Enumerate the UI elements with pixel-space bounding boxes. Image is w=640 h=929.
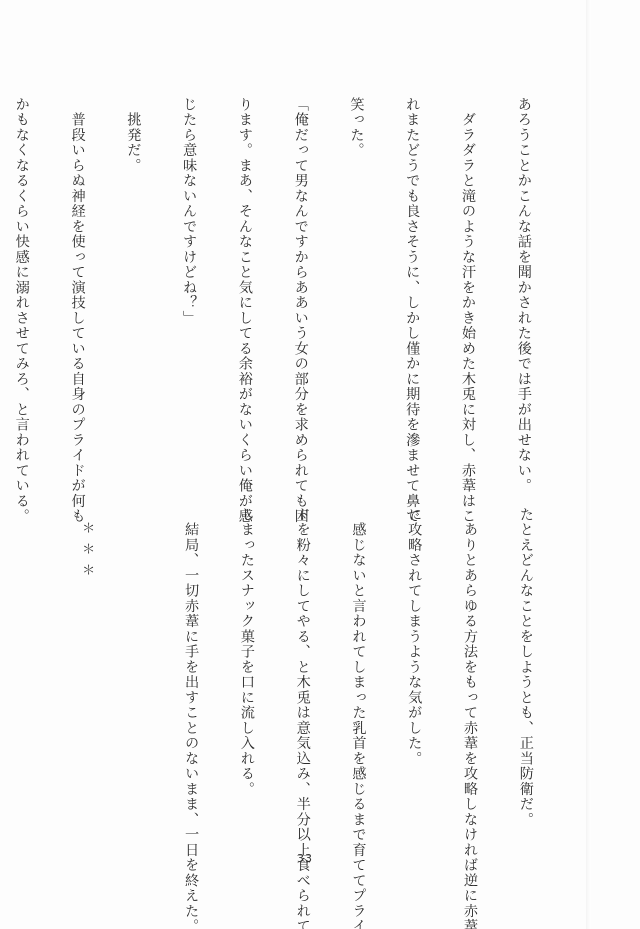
text-line: に攻略されてしまうような気がした。 [405,507,424,852]
text-line: かもなくなるくらい快感に溺れさせてみろ、と言われている。 [12,97,31,477]
text-line: 普段いらぬ神経を使って演技している自身のプライドが何も [68,97,87,477]
page-binding-shadow [586,0,591,929]
text-line: 感じないと言われてしまった乳首を感じるまで育ててプライ [349,507,368,852]
text-line: 挑発だ。 [124,97,143,477]
text-line: じたら意味ないんですけどね？」 [180,97,199,477]
text-line: しまったスナック菓子を口に流し入れる。 [237,507,256,852]
text-line: たとえどんなことをしようとも、正当防衛だ。 [516,507,535,852]
text-line: ダラダラと滝のような汗をかき始めた木兎に対し、赤葦はこ [458,97,477,477]
book-page: あろうことかこんな話を聞かされた後では手が出せない。 ダラダラと滝のような汗をか… [0,0,640,929]
text-line: れまたどうでも良さそうに、しかし僅かに期待を滲ませて鼻で [403,97,422,477]
text-block-bottom: たとえどんなことをしようとも、正当防衛だ。 ありとあらゆる方法をもって赤葦を攻略… [0,507,572,852]
text-line: 笑った。 [347,97,366,477]
text-line: あろうことかこんな話を聞かされた後では手が出せない。 [514,97,533,477]
scene-separator: ＊＊＊ [77,507,96,852]
text-line: ドを粉々にしてやる、と木兎は意気込み、半分以上食べられて [293,507,312,852]
text-line: 結局、一切赤葦に手を出すことのないまま、一日を終えた。 [182,507,201,852]
page-number: 33 [290,852,320,865]
spacer [132,507,144,852]
text-line: 「俺だって男なんですからああいう女の部分を求められても困 [291,97,310,477]
text-line: ります。まあ、そんなこと気にしてる余裕がないくらい俺が感 [235,97,254,477]
text-line: ありとあらゆる方法をもって赤葦を攻略しなければ逆に赤葦 [460,507,479,852]
spacer [27,507,39,852]
text-block-top: あろうことかこんな話を聞かされた後では手が出せない。 ダラダラと滝のような汗をか… [0,97,570,477]
